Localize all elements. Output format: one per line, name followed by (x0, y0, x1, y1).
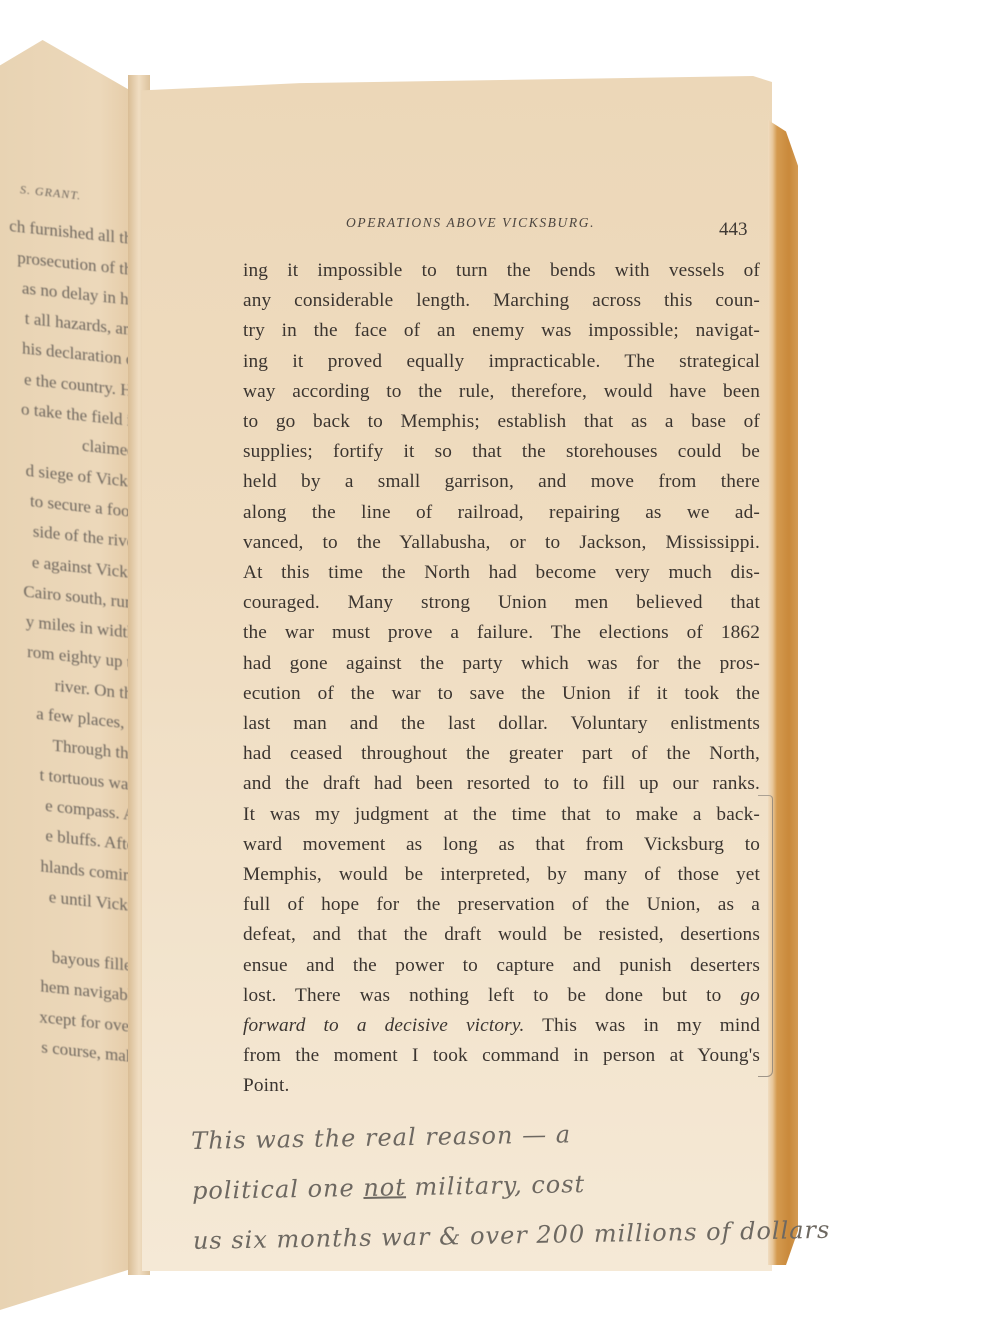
text-line: supplies; fortify it so that the storeho… (243, 437, 760, 467)
left-running-head: S. GRANT. (20, 174, 140, 217)
text-line: Point. (243, 1071, 760, 1101)
handwritten-annotation: This was the real reason — a political o… (191, 1104, 874, 1266)
text-line: the war must prove a failure. The electi… (243, 618, 760, 648)
text-line: any considerable length. Marching across… (243, 286, 760, 316)
text-line: It was my judgment at the time that to m… (243, 800, 760, 830)
text-line: defeat, and that the draft would be resi… (243, 920, 760, 950)
text-line: held by a small garrison, and move from … (243, 467, 760, 497)
text-line: from the moment I took command in person… (243, 1041, 760, 1071)
text-line: ecution of the war to save the Union if … (243, 679, 760, 709)
gilt-page-edges (768, 120, 798, 1265)
text-line: had gone against the party which was for… (243, 649, 760, 679)
text-line: and the draft had been resorted to to fi… (243, 769, 760, 799)
text-line: ing it proved equally impracticable. The… (243, 347, 760, 377)
text-line: way according to the rule, therefore, wo… (243, 377, 760, 407)
underlined-word: not (363, 1173, 406, 1202)
text-line: along the line of railroad, repairing as… (243, 498, 760, 528)
text-line: full of hope for the preservation of the… (243, 890, 760, 920)
left-page: S. GRANT. ch furnished all theprosecutio… (0, 40, 142, 1310)
text-line: couraged. Many strong Union men believed… (243, 588, 760, 618)
page-number: 443 (719, 219, 748, 241)
italic-text: forward to a decisive victory. (243, 1015, 524, 1036)
left-page-text: S. GRANT. ch furnished all theprosecutio… (0, 170, 140, 1073)
text-line: lost. There was nothing left to be done … (243, 981, 760, 1011)
text-line: last man and the last dollar. Voluntary … (243, 709, 760, 739)
text-line: ing it impossible to turn the bends with… (243, 256, 760, 286)
text-line: forward to a decisive victory. This was … (243, 1011, 760, 1041)
running-head: OPERATIONS ABOVE VICKSBURG. (346, 215, 595, 231)
text-line: vanced, to the Yallabusha, or to Jackson… (243, 528, 760, 558)
text-line: had ceased throughout the greater part o… (243, 739, 760, 769)
body-text: ing it impossible to turn the bends with… (243, 256, 760, 1102)
text-line: ensue and the power to capture and punis… (243, 951, 760, 981)
text-line: Memphis, would be interpreted, by many o… (243, 860, 760, 890)
text-line: to go back to Memphis; establish that as… (243, 407, 760, 437)
pencil-margin-bracket (758, 795, 773, 1077)
text-line: At this time the North had become very m… (243, 558, 760, 588)
text-line: try in the face of an enemy was impossib… (243, 316, 760, 346)
text-line: ward movement as long as that from Vicks… (243, 830, 760, 860)
